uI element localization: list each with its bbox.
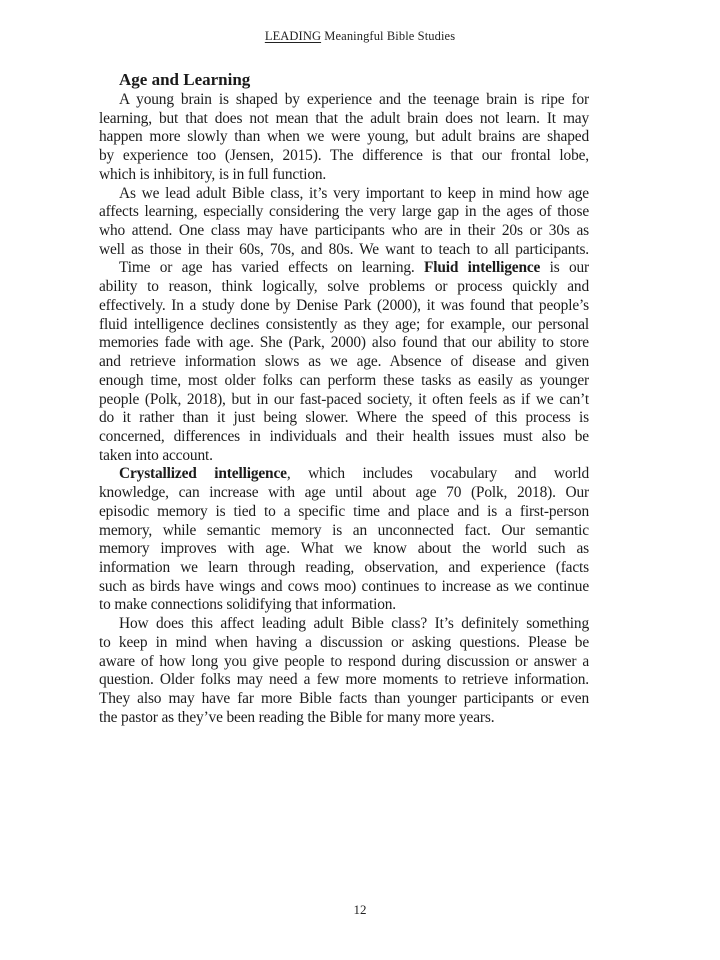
text-segment: Time or age has varied effects on learni… xyxy=(119,259,415,276)
text-line: the pastor as they’ve been reading the B… xyxy=(99,709,589,728)
page-number: 12 xyxy=(0,902,720,918)
text-line: well as those in their 60s, 70s, and 80s… xyxy=(99,241,589,260)
text-line: aware of how long you give people to res… xyxy=(99,653,589,672)
page-body: Age and Learning A young brain is shaped… xyxy=(99,69,589,727)
text-line: memories fade with age. She (Park, 2000)… xyxy=(99,334,589,353)
paragraph-fluid-intelligence: Time or age has varied effects on learni… xyxy=(99,259,589,465)
text-line: and retrieve information slows as we age… xyxy=(99,353,589,372)
text-line: learning, but that does not mean that th… xyxy=(99,110,589,129)
text-line: They also may have far more Bible facts … xyxy=(99,690,589,709)
text-line: people (Polk, 2018), but in our fast-pac… xyxy=(99,391,589,410)
text-line: by experience too (Jensen, 2015). The di… xyxy=(99,147,589,166)
text-line: which is inhibitory, is in full function… xyxy=(99,166,589,185)
text-line: enough time, most older folks can perfor… xyxy=(99,372,589,391)
text-segment: is our xyxy=(550,259,589,276)
text-line: As we lead adult Bible class, it’s very … xyxy=(99,185,589,204)
running-header-book-keyword: LEADING xyxy=(265,29,321,43)
text-line: such as birds have wings and cows moo) c… xyxy=(99,578,589,597)
text-line: who attend. One class may have participa… xyxy=(99,222,589,241)
paragraph-crystallized-intelligence: Crystallized intelligence, which include… xyxy=(99,465,589,615)
text-line: memory improves with age. What we know a… xyxy=(99,540,589,559)
text-line: affects learning, especially considering… xyxy=(99,203,589,222)
text-line: How does this affect leading adult Bible… xyxy=(99,615,589,634)
text-line: knowledge, can increase with age until a… xyxy=(99,484,589,503)
running-header: LEADING Meaningful Bible Studies xyxy=(0,29,720,44)
paragraph-age-brain: A young brain is shaped by experience an… xyxy=(99,91,589,185)
text-line: ability to reason, think logically, solv… xyxy=(99,278,589,297)
text-line: episodic memory is tied to a specific ti… xyxy=(99,503,589,522)
text-line: A young brain is shaped by experience an… xyxy=(99,91,589,110)
paragraph-application: How does this affect leading adult Bible… xyxy=(99,615,589,727)
text-line: to keep in mind when having a discussion… xyxy=(99,634,589,653)
term-crystallized-intelligence: Crystallized intelligence xyxy=(119,465,287,482)
paragraph-age-gap: As we lead adult Bible class, it’s very … xyxy=(99,185,589,260)
text-line: Crystallized intelligence, which include… xyxy=(99,465,589,484)
text-line: fluid intelligence declines consistently… xyxy=(99,316,589,335)
text-line: Time or age has varied effects on learni… xyxy=(99,259,589,278)
text-line: do it rather than it just being slower. … xyxy=(99,409,589,428)
text-line: information we learn through reading, ob… xyxy=(99,559,589,578)
text-line: question. Older folks may need a few mor… xyxy=(99,671,589,690)
text-line: happen more slowly than when we were you… xyxy=(99,128,589,147)
text-line: concerned, differences in individuals an… xyxy=(99,428,589,447)
text-line: effectively. In a study done by Denise P… xyxy=(99,297,589,316)
text-segment: , which includes vocabulary and world xyxy=(287,465,589,482)
section-heading: Age and Learning xyxy=(119,69,589,91)
text-line: memory, while semantic memory is an unco… xyxy=(99,522,589,541)
running-header-book-title: Meaningful Bible Studies xyxy=(321,29,455,43)
term-fluid-intelligence: Fluid intelligence xyxy=(424,259,540,276)
text-line: taken into account. xyxy=(99,447,589,466)
text-line: to make connections solidifying that inf… xyxy=(99,596,589,615)
